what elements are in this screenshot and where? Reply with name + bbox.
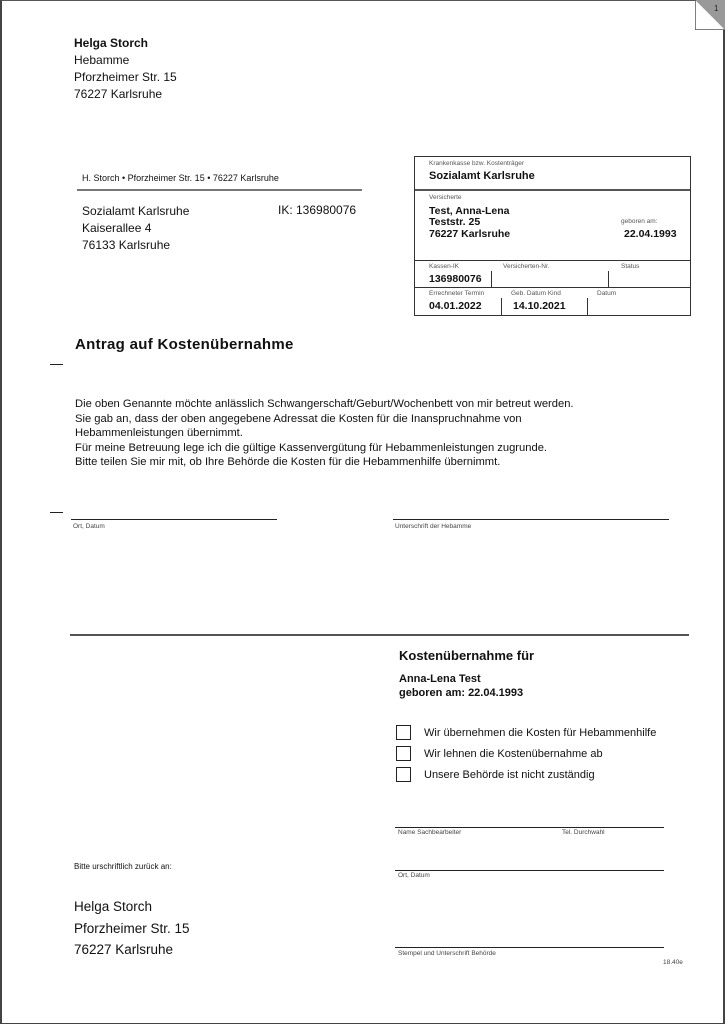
- insured-city: 76227 Karlsruhe: [429, 228, 510, 240]
- body-line: Hebammenleistungen übernimmt.: [75, 426, 635, 441]
- svg-text:1: 1: [714, 4, 719, 13]
- option-label: Wir übernehmen die Kosten für Hebammenhi…: [424, 727, 656, 739]
- coverage-born: geboren am: 22.04.1993: [399, 686, 523, 700]
- recipient-name: Sozialamt Karlsruhe: [82, 203, 189, 220]
- return-instruction: Bitte urschriftlich zurück an:: [74, 862, 172, 871]
- letter-body: Die oben Genannte möchte anlässlich Schw…: [75, 397, 635, 470]
- recipient-street: Kaiserallee 4: [82, 220, 189, 237]
- sender-street: Pforzheimer Str. 15: [74, 69, 177, 86]
- versicherten-nr-label: Versicherten-Nr.: [503, 263, 550, 270]
- sender-city: 76227 Karlsruhe: [74, 86, 177, 103]
- insured-label: Versicherte: [429, 194, 462, 201]
- checkbox[interactable]: [396, 725, 411, 740]
- stamp-signature-line[interactable]: [395, 947, 664, 948]
- place-date-line[interactable]: [71, 519, 277, 520]
- stamp-signature-label: Stempel und Unterschrift Behörde: [398, 950, 496, 957]
- child-birth-value: 14.10.2021: [513, 300, 566, 312]
- due-date-label: Errechneter Termin: [429, 290, 484, 297]
- authority-place-date-line[interactable]: [395, 870, 664, 871]
- insurance-info-box: Krankenkasse bzw. Kostenträger Sozialamt…: [414, 156, 691, 316]
- punch-mark: [50, 512, 63, 513]
- return-name: Helga Storch: [74, 896, 190, 918]
- section-divider: [70, 634, 689, 636]
- return-address-line: H. Storch • Pforzheimer Str. 15 • 76227 …: [82, 173, 279, 183]
- option-not-responsible[interactable]: Unsere Behörde ist nicht zuständig: [396, 767, 595, 782]
- option-label: Wir lehnen die Kostenübernahme ab: [424, 748, 603, 760]
- coverage-title: Kostenübernahme für: [399, 648, 534, 663]
- coverage-name: Anna-Lena Test: [399, 672, 523, 686]
- child-birth-label: Geb. Datum Kind: [511, 290, 561, 297]
- midwife-signature-line[interactable]: [393, 519, 669, 520]
- date-label: Datum: [597, 290, 616, 297]
- clerk-name-label: Name Sachbearbeiter: [398, 829, 461, 836]
- sender-block: Helga Storch Hebamme Pforzheimer Str. 15…: [74, 35, 177, 103]
- page-title: Antrag auf Kostenübernahme: [75, 336, 294, 353]
- recipient-city: 76133 Karlsruhe: [82, 237, 189, 254]
- body-line: Die oben Genannte möchte anlässlich Schw…: [75, 397, 635, 412]
- kassen-ik-label: Kassen-IK: [429, 263, 459, 270]
- authority-place-date-label: Ort, Datum: [398, 872, 430, 879]
- return-city: 76227 Karlsruhe: [74, 939, 190, 961]
- place-date-label: Ort, Datum: [73, 523, 105, 530]
- status-label: Status: [621, 263, 639, 270]
- midwife-signature-label: Unterschrift der Hebamme: [395, 523, 471, 530]
- payer-label: Krankenkasse bzw. Kostenträger: [429, 160, 524, 167]
- checkbox[interactable]: [396, 767, 411, 782]
- payer-value: Sozialamt Karlsruhe: [429, 170, 535, 182]
- body-line: Sie gab an, dass der oben angegebene Adr…: [75, 412, 635, 427]
- insured-street: Teststr. 25: [429, 216, 480, 228]
- coverage-person: Anna-Lena Test geboren am: 22.04.1993: [399, 672, 523, 700]
- return-address-block: Helga Storch Pforzheimer Str. 15 76227 K…: [74, 896, 190, 961]
- form-code: 18.40e: [663, 959, 683, 966]
- divider: [77, 189, 362, 191]
- return-street: Pforzheimer Str. 15: [74, 918, 190, 940]
- sender-name: Helga Storch: [74, 35, 177, 52]
- phone-label: Tel. Durchwahl: [562, 829, 605, 836]
- option-label: Unsere Behörde ist nicht zuständig: [424, 769, 595, 781]
- option-accept[interactable]: Wir übernehmen die Kosten für Hebammenhi…: [396, 725, 656, 740]
- clerk-name-line[interactable]: [395, 827, 664, 828]
- body-line: Bitte teilen Sie mir mit, ob Ihre Behörd…: [75, 455, 635, 470]
- due-date-value: 04.01.2022: [429, 300, 482, 312]
- born-label: geboren am:: [621, 218, 658, 225]
- kassen-ik-value: 136980076: [429, 273, 482, 285]
- option-reject[interactable]: Wir lehnen die Kostenübernahme ab: [396, 746, 603, 761]
- fold-mark: [50, 364, 63, 365]
- checkbox[interactable]: [396, 746, 411, 761]
- page-corner-fold-icon: 1: [695, 0, 725, 30]
- recipient-ik: IK: 136980076: [278, 203, 356, 217]
- sender-title: Hebamme: [74, 52, 177, 69]
- body-line: Für meine Betreuung lege ich die gültige…: [75, 441, 635, 456]
- recipient-block: Sozialamt Karlsruhe Kaiserallee 4 76133 …: [82, 203, 189, 254]
- born-value: 22.04.1993: [624, 228, 677, 240]
